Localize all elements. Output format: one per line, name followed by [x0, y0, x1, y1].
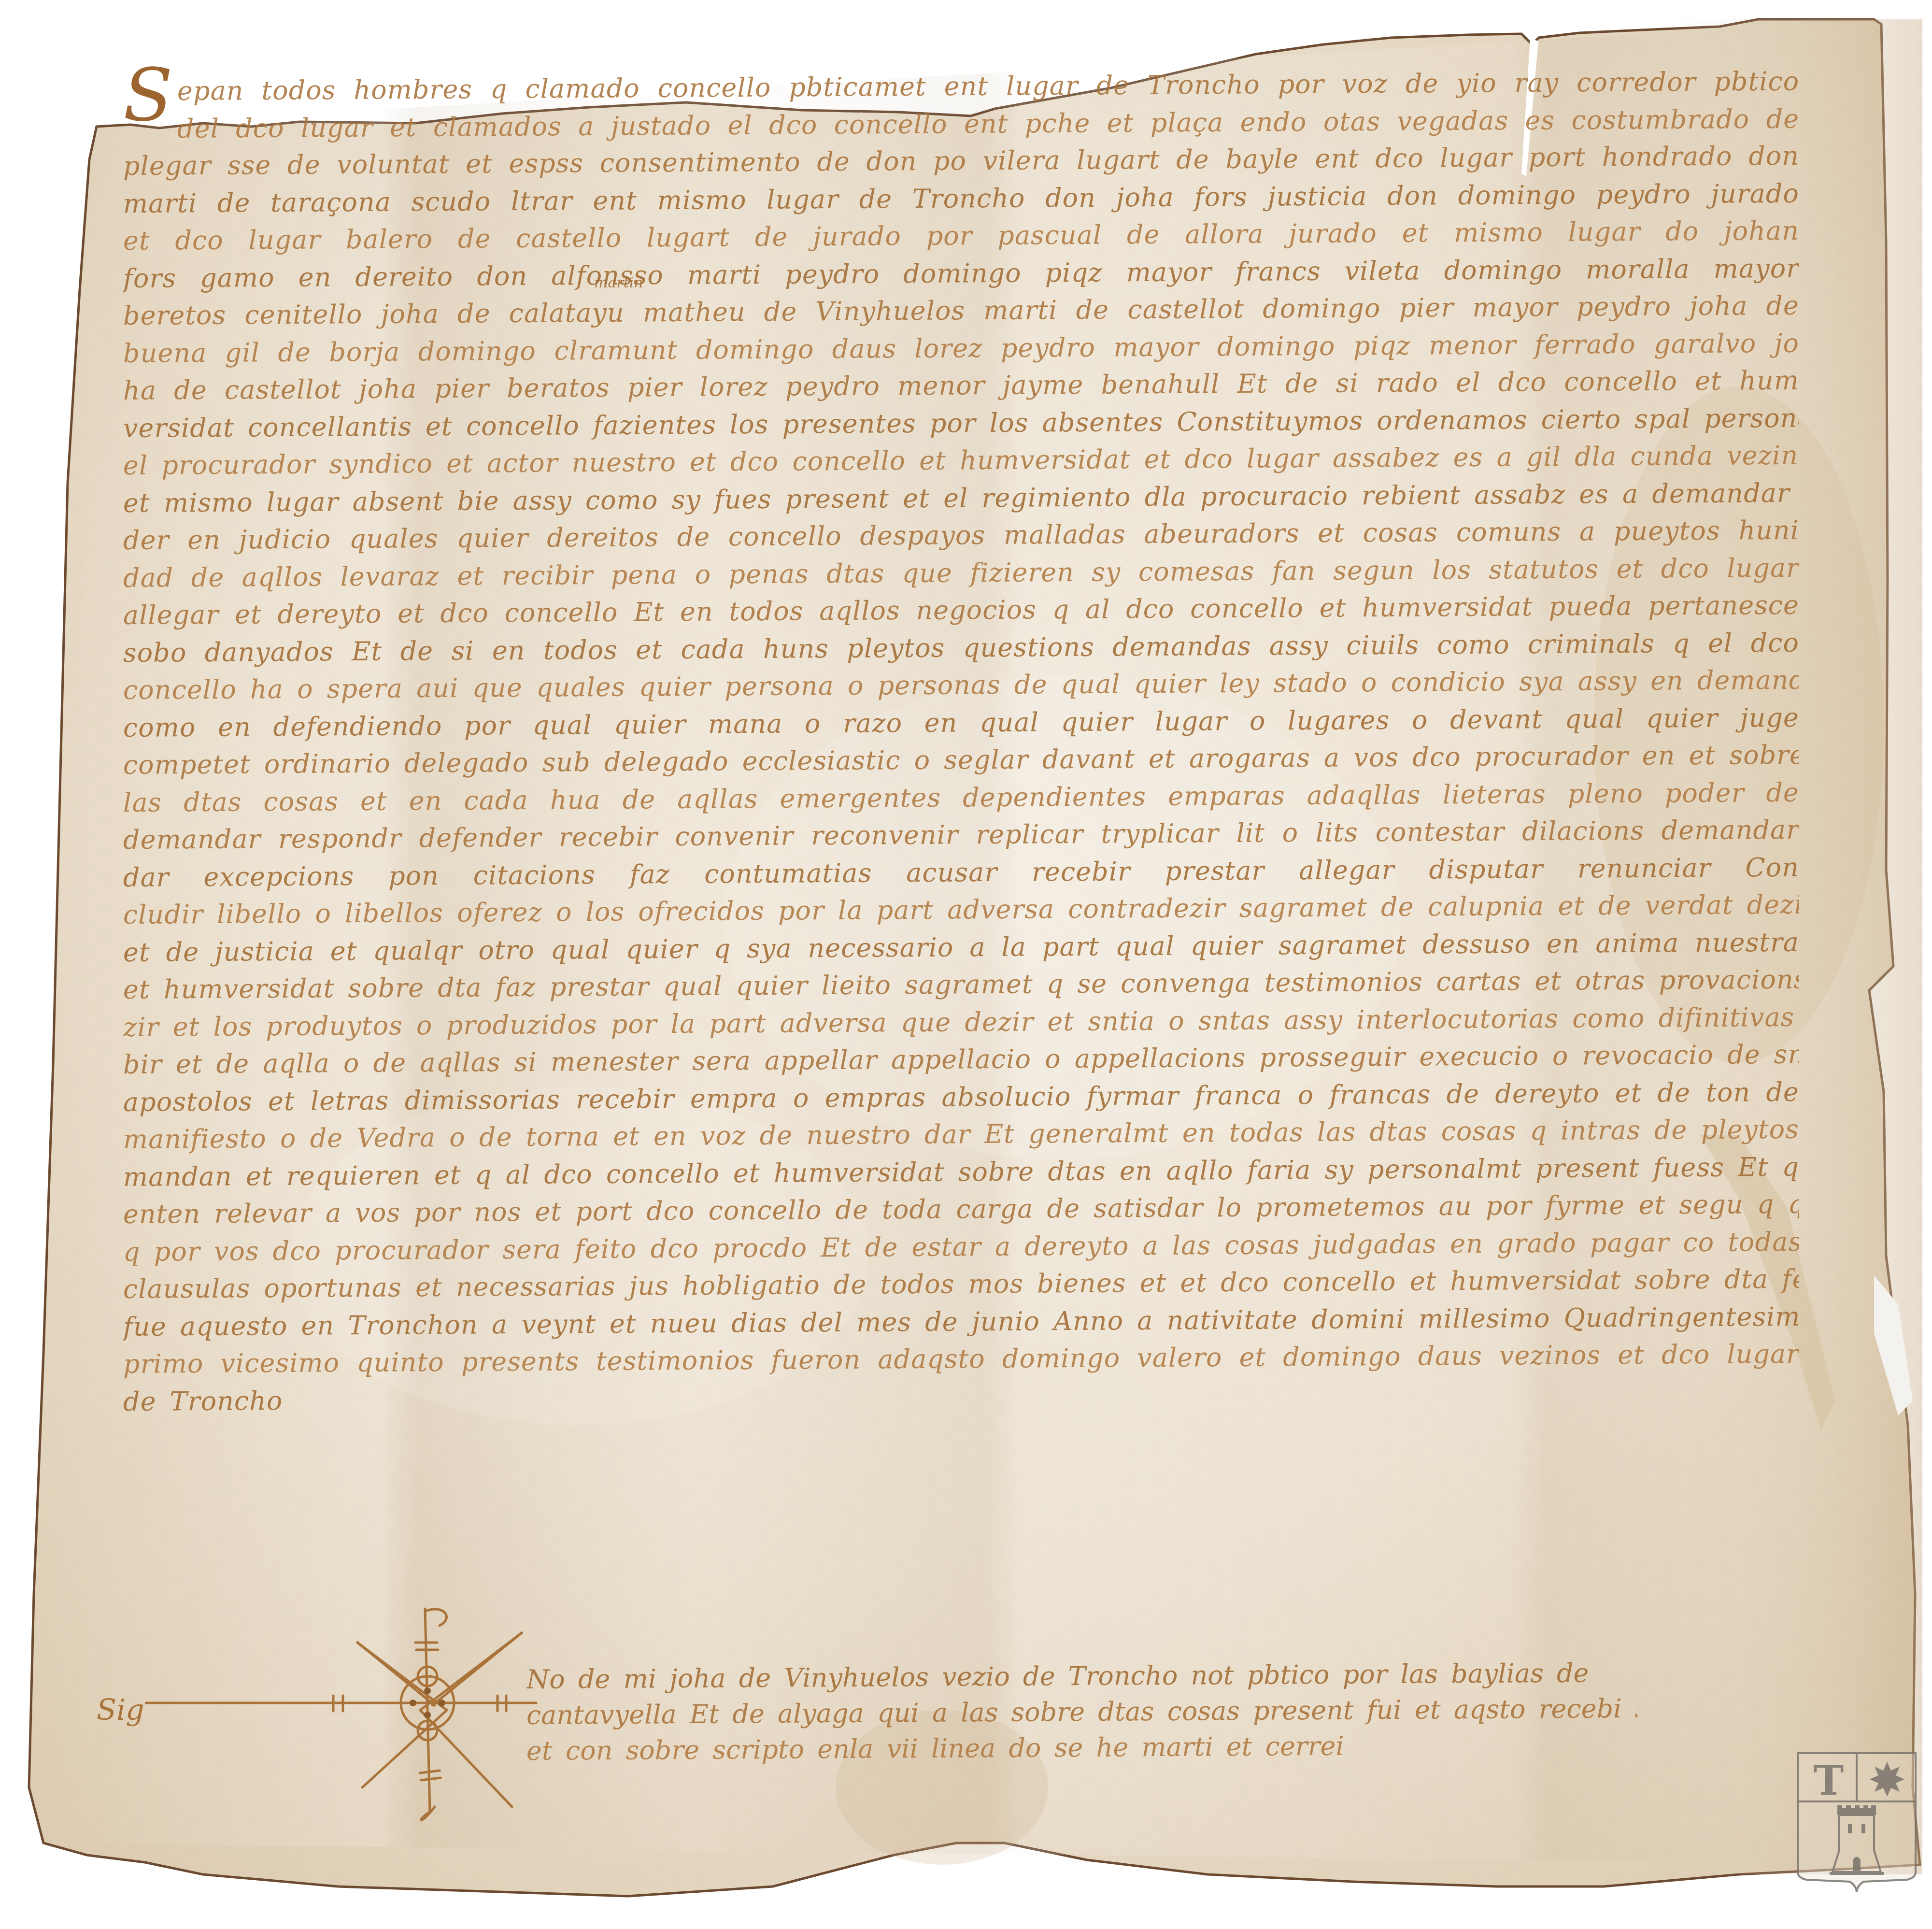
signum-label: Sig	[97, 1693, 144, 1727]
notary-subscription: No de mi joha de Vinyhuelos vezio de Tro…	[526, 1662, 1637, 1769]
eight-pointed-star-icon	[1870, 1762, 1904, 1797]
parchment-document: S epan todos hombres q clamado concello …	[0, 0, 1932, 1929]
shield-letter-t: T	[1814, 1757, 1844, 1804]
subscription-line: No de mi joha de Vinyhuelos vezio de Tro…	[526, 1655, 1637, 1698]
notarial-signum-icon	[145, 1599, 541, 1826]
subscription-line: cantavyella Et de alyaga qui a las sobre…	[526, 1691, 1637, 1733]
manuscript-body: S epan todos hombres q clamado concello …	[123, 72, 1799, 1420]
decorated-initial: S	[123, 81, 173, 110]
subscription-line: et con sobre scripto enla vii linea do s…	[526, 1727, 1637, 1769]
interlinear-insertion: martin	[594, 274, 643, 291]
coat-of-arms-icon: T	[1796, 1751, 1918, 1894]
